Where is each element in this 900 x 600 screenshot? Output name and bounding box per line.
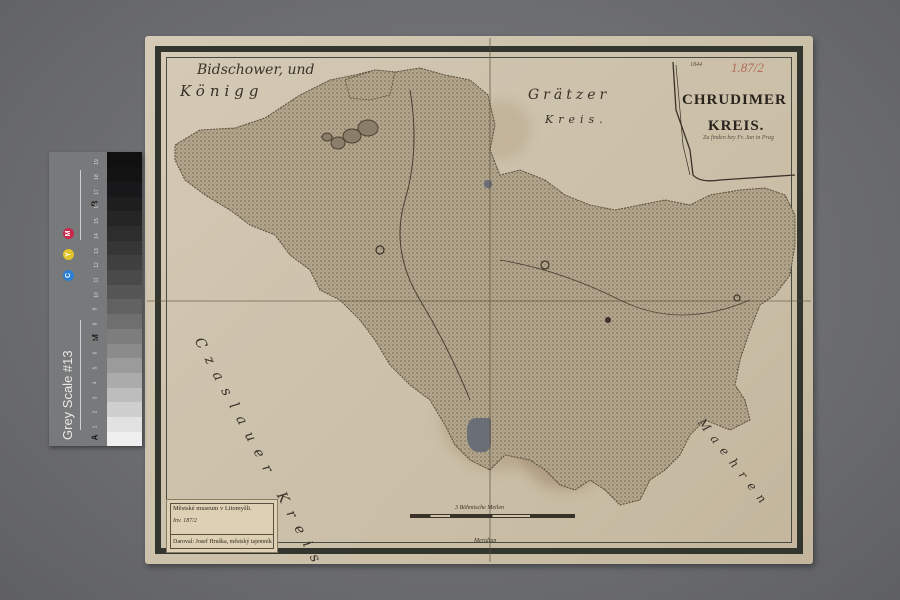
card-divider-line (80, 320, 81, 430)
card-divider-line (80, 170, 81, 240)
grey-patch (107, 358, 142, 373)
label-konigg: Königg (180, 82, 264, 100)
map-title-line1: CHRUDIMER (682, 92, 787, 109)
patch-number: 15 (94, 218, 100, 224)
scale-caption: 3 Böhmische Meilen (455, 505, 504, 511)
patch-number: 18 (94, 174, 100, 180)
patch-number: 7 (92, 337, 98, 340)
label-bidschower: Bidschower, und (197, 62, 315, 78)
handwritten-year: 1844 (690, 62, 702, 68)
grey-patch (107, 167, 142, 182)
patch-number: 4 (92, 381, 98, 384)
grey-patch (107, 387, 142, 402)
meridian-label: Meridian (474, 538, 496, 544)
grey-patch (107, 343, 142, 358)
patch-number: 13 (94, 248, 100, 254)
grey-patch (107, 373, 142, 388)
grey-patch (107, 240, 142, 255)
grey-patch (107, 181, 142, 196)
grey-patch (107, 211, 142, 226)
grey-patch (107, 314, 142, 329)
patch-number: 19 (94, 160, 100, 166)
grey-scale-title: Grey Scale #13 (60, 350, 75, 440)
map-title-line2: KREIS. (708, 118, 764, 135)
grey-patch (107, 417, 142, 432)
label-gratzer: Grätzer (528, 87, 610, 103)
paper-hole (467, 418, 491, 452)
grey-patch (107, 299, 142, 314)
marker-a: A (90, 435, 99, 441)
patch-number: 1 (92, 426, 98, 429)
grey-patch (107, 431, 142, 446)
grey-patch (107, 152, 142, 167)
grey-patch (107, 284, 142, 299)
grey-patch (107, 402, 142, 417)
museum-donor: Daroval: Josef Hruška, městský tajemník (173, 539, 272, 545)
grey-patch (107, 328, 142, 343)
patch-number: 11 (94, 277, 100, 282)
museum-inventory: Inv. 187/2 (173, 518, 197, 524)
map-imprint: Zu finden bey Fr. Jan in Prag (703, 135, 774, 141)
scale-bar (410, 514, 575, 518)
patch-number: 16 (94, 204, 100, 210)
grey-scale-patches (107, 152, 142, 446)
grey-patch (107, 196, 142, 211)
grey-patch (107, 255, 142, 270)
patch-number: 2 (92, 411, 98, 414)
patch-number: 9 (92, 308, 98, 311)
patch-number: 5 (92, 367, 98, 370)
museum-label: Městské museum v Litomyšli. Inv. 187/2 D… (166, 499, 278, 553)
grey-patch (107, 226, 142, 241)
patch-number: 12 (94, 262, 100, 268)
yellow-dot-icon: Y (63, 249, 74, 260)
grey-patch (107, 270, 142, 285)
patch-number: 17 (94, 189, 100, 195)
patch-number: 8 (92, 323, 98, 326)
fold-line-horizontal (147, 300, 811, 302)
label-kreis: Kreis. (545, 113, 608, 126)
inventory-number: 1.87/2 (731, 60, 764, 76)
museum-name: Městské museum v Litomyšli. (173, 505, 252, 512)
patch-number: 10 (94, 292, 100, 298)
patch-number: 14 (94, 233, 100, 239)
patch-number: 3 (92, 396, 98, 399)
cyan-dot-icon: C (63, 270, 74, 281)
magenta-dot-icon: M (63, 228, 74, 239)
